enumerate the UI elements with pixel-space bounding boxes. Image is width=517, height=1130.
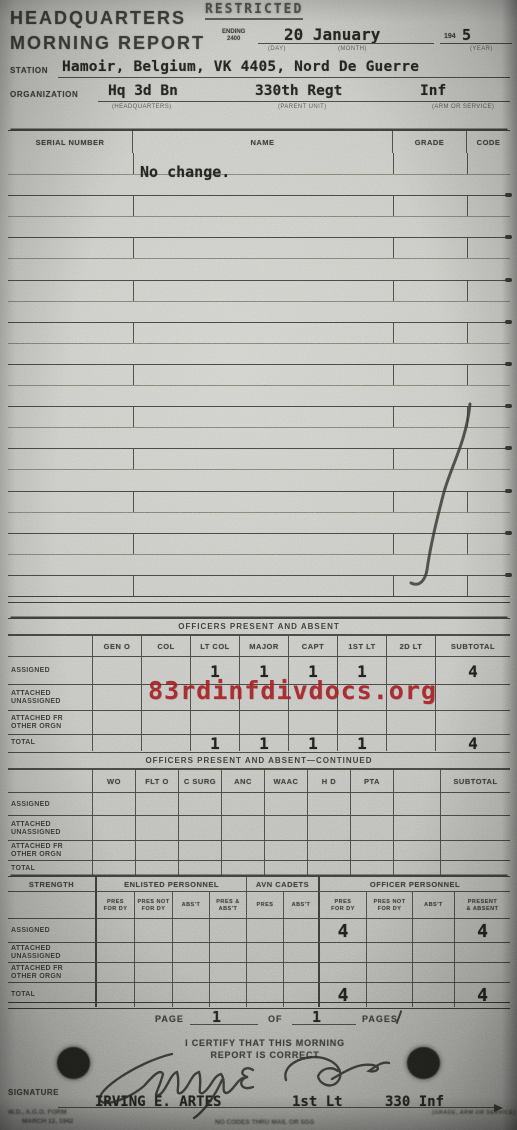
strength-col-header: PRES NOT FOR DY (367, 892, 413, 919)
roster-column-divider (467, 238, 468, 258)
organization-arm-field: Inf (420, 83, 446, 99)
roster-column-divider (393, 492, 394, 512)
continued-table-data-row: ATTACHED UNASSIGNED (8, 815, 510, 840)
continued-table-value-cell (93, 841, 136, 861)
continued-table-col-header: H D (308, 770, 351, 793)
continued-table-value-cell (441, 841, 510, 861)
officers-table-value-cell: 1 (338, 735, 387, 751)
officers-table-value-cell (240, 711, 289, 735)
roster-column-divider (393, 323, 394, 343)
strength-value-cell (135, 943, 173, 963)
strength-row-header: STRENGTH (8, 877, 97, 891)
roster-column-divider (467, 492, 468, 512)
roster-row (8, 406, 510, 427)
continued-table-value-cell (179, 816, 222, 841)
strength-col-header: ABS'T (173, 892, 210, 919)
officers-table-row-label: ATTACHED FR OTHER ORGN (8, 711, 93, 735)
strength-row-label: ATTACHED FR OTHER ORGN (8, 963, 97, 983)
continued-table-row-label: ATTACHED FR OTHER ORGN (8, 841, 93, 861)
strength-value-cell (210, 963, 247, 983)
roster-column-divider (133, 323, 134, 343)
strength-data-row: ATTACHED UNASSIGNED (8, 942, 510, 962)
strength-group-label: ENLISTED PERSONNEL (97, 877, 247, 891)
strength-value-cell (97, 963, 135, 983)
continued-table-value-cell (394, 793, 441, 816)
roster-col-header: GRADE (393, 131, 467, 153)
strength-group-header-row: STRENGTHENLISTED PERSONNELAVN CADETSOFFI… (8, 877, 510, 891)
officers-table-value-cell (338, 711, 387, 735)
officers-table-col-header: MAJOR (240, 636, 289, 657)
continued-table-col-header: SUBTOTAL (441, 770, 510, 793)
roster-column-divider (133, 492, 134, 512)
officers-table-value-cell (93, 685, 142, 711)
strength-value-cell (413, 943, 455, 963)
continued-table-value-cell (265, 861, 308, 877)
strength-col-header: PRESENT & ABSENT (455, 892, 510, 919)
continued-table-value-cell (441, 861, 510, 877)
strength-value-cell (320, 963, 367, 983)
form-id-block: W.D., A.G.O. FORM MARCH 12, 1942 (8, 1108, 73, 1126)
roster-column-divider (133, 407, 134, 427)
continued-table-value-cell (222, 861, 265, 877)
continued-table-col-header (8, 770, 93, 793)
organization-hq-field: Hq 3d Bn (108, 83, 178, 99)
continued-table-col-header: WAAC (265, 770, 308, 793)
roster-column-divider (133, 196, 134, 216)
strength-value-cell (135, 963, 173, 983)
year-field: 5 (462, 26, 471, 44)
of-label: OF (268, 1014, 283, 1024)
title-line1: HEADQUARTERS (10, 6, 205, 31)
strength-value-cell (173, 963, 210, 983)
roster-row (8, 174, 510, 195)
continued-table-data-row: ASSIGNED (8, 792, 510, 815)
strength-value-cell (413, 919, 455, 943)
parent-unit-sublabel: (PARENT UNIT) (278, 104, 327, 110)
roster-col-header: NAME (133, 131, 393, 153)
continued-table-value-cell (351, 861, 394, 877)
officers-table-row-label: TOTAL (8, 735, 93, 751)
roster-column-divider (467, 407, 468, 427)
strength-group-label: OFFICER PERSONNEL (320, 877, 510, 891)
strength-value-cell (320, 943, 367, 963)
officers-continued-table: OFFICERS PRESENT AND ABSENT—CONTINUED WO… (8, 752, 510, 876)
roster-row (8, 554, 510, 575)
roster-column-divider (393, 576, 394, 596)
officers-table-row-label: ASSIGNED (8, 657, 93, 685)
roster-row (8, 575, 510, 596)
grade-service-sublabel: (GRADE, ARM OR SERVICE) (432, 1110, 515, 1116)
continued-table-row-label: TOTAL (8, 861, 93, 877)
strength-bottom-rule (8, 1002, 510, 1009)
continued-table-value-cell (136, 841, 179, 861)
strength-col-header: ABS'T (284, 892, 320, 919)
continued-table-data-row: TOTAL (8, 860, 510, 876)
strength-value-cell (284, 943, 320, 963)
continued-table-col-header: ANC (222, 770, 265, 793)
strength-col-header: PRES (247, 892, 284, 919)
roster-column-divider (467, 365, 468, 385)
strength-group-label: AVN CADETS (247, 877, 320, 891)
station-label: STATION (10, 66, 48, 75)
strength-col-header: ABS'T (413, 892, 455, 919)
roster-column-divider (393, 449, 394, 469)
officers-table-value-cell: 1 (289, 735, 338, 751)
continued-table-col-header: PTA (351, 770, 394, 793)
continued-table-value-cell (136, 816, 179, 841)
roster-col-header: CODE (467, 131, 510, 153)
continued-table-value-cell (222, 841, 265, 861)
strength-row-label: ASSIGNED (8, 919, 97, 943)
officers-table-value-cell (436, 685, 510, 711)
roster-row (8, 301, 510, 322)
roster-column-divider (133, 281, 134, 301)
officers-continued-title: OFFICERS PRESENT AND ABSENT—CONTINUED (8, 753, 510, 769)
roster-column-divider (393, 196, 394, 216)
arm-sublabel: (ARM OR SERVICE) (432, 104, 494, 110)
roster-column-divider (467, 576, 468, 596)
continued-table-value-cell (308, 793, 351, 816)
strength-value-cell (247, 963, 284, 983)
roster-row (8, 280, 510, 301)
continued-table-value-cell (93, 861, 136, 877)
strength-value-cell (367, 963, 413, 983)
officers-table-value-cell (191, 711, 240, 735)
roster-row (8, 153, 510, 174)
roster-column-divider (133, 576, 134, 596)
punch-hole-left (57, 1047, 90, 1079)
pages-label: PAGES (362, 1014, 398, 1024)
officers-table-header-row: GEN OCOLLT COLMAJORCAPT1ST LT2D LTSUBTOT… (8, 635, 510, 656)
strength-table: STRENGTHENLISTED PERSONNELAVN CADETSOFFI… (8, 876, 510, 1006)
officers-table-col-header: SUBTOTAL (436, 636, 510, 657)
strength-value-cell (284, 963, 320, 983)
certify-line1: I CERTIFY THAT THIS MORNING (120, 1038, 410, 1050)
officers-table-col-header: LT COL (191, 636, 240, 657)
officers-table-col-header: GEN O (93, 636, 142, 657)
continued-table-value-cell (179, 793, 222, 816)
roster-column-divider (393, 281, 394, 301)
year-prefix: 194 (444, 33, 456, 40)
roster-row (8, 216, 510, 237)
strength-value-cell (97, 943, 135, 963)
page-label: PAGE (155, 1014, 184, 1024)
continued-table-value-cell (222, 793, 265, 816)
strength-col-header: PRES FOR DY (97, 892, 135, 919)
title-line2: MORNING REPORT (10, 31, 205, 56)
officers-table-value-cell: 1 (240, 735, 289, 751)
strength-value-cell (210, 943, 247, 963)
officers-table-col-header (8, 636, 93, 657)
continued-table-value-cell (441, 816, 510, 841)
roster-row (8, 343, 510, 364)
roster-row (8, 533, 510, 554)
officers-table-col-header: 2D LT (387, 636, 436, 657)
officers-table-value-cell: 4 (436, 657, 510, 685)
day-sublabel: (DAY) (268, 46, 286, 52)
officers-table-value-cell (93, 711, 142, 735)
continued-table-col-header: C SURG (179, 770, 222, 793)
continued-table-row-label: ASSIGNED (8, 793, 93, 816)
year-sublabel: (YEAR) (470, 46, 493, 52)
roster-column-divider (393, 365, 394, 385)
roster-row (8, 385, 510, 406)
roster-rows (8, 153, 510, 596)
roster-row (8, 237, 510, 258)
roster-column-divider (133, 449, 134, 469)
strength-col-header: PRES & ABS'T (210, 892, 247, 919)
hq-sublabel: (HEADQUARTERS) (112, 104, 172, 110)
officers-table-value-cell (387, 711, 436, 735)
mail-note: NO CODES THRU MAIL OR SGS (215, 1119, 314, 1126)
continued-table-value-cell (441, 793, 510, 816)
continued-table-value-cell (179, 861, 222, 877)
officers-table-data-row: ATTACHED FR OTHER ORGN (8, 710, 510, 734)
classification-banner: RESTRICTED (205, 2, 303, 20)
form-id-line2: MARCH 12, 1942 (8, 1117, 73, 1126)
strength-value-cell (413, 963, 455, 983)
ending-label: ENDING2400 (222, 29, 245, 43)
continued-table-value-cell (308, 841, 351, 861)
continued-table-value-cell (93, 816, 136, 841)
officers-table-value-cell: 1 (191, 735, 240, 751)
officers-table-title: OFFICERS PRESENT AND ABSENT (8, 619, 510, 635)
roster-bottom-rule (8, 596, 510, 603)
strength-value-cell (247, 919, 284, 943)
strength-subheader-spacer (8, 892, 97, 919)
continued-table-value-cell (351, 816, 394, 841)
strength-value-cell: 4 (455, 919, 510, 943)
roster-column-divider (393, 238, 394, 258)
roster-row (8, 322, 510, 343)
continued-table-row-label: ATTACHED UNASSIGNED (8, 816, 93, 841)
continued-table-value-cell (222, 816, 265, 841)
roster-col-header: SERIAL NUMBER (8, 131, 133, 153)
roster-column-divider (133, 365, 134, 385)
officers-table-value-cell (93, 657, 142, 685)
roster-row (8, 448, 510, 469)
continued-table-data-row: ATTACHED FR OTHER ORGN (8, 840, 510, 860)
roster-header-row: SERIAL NUMBERNAMEGRADECODE (8, 131, 510, 153)
month-sublabel: (MONTH) (338, 46, 367, 52)
page-title: HEADQUARTERS MORNING REPORT (10, 6, 205, 56)
officers-table-data-row: TOTAL11114 (8, 734, 510, 750)
roster-column-divider (393, 534, 394, 554)
strength-col-header: PRES NOT FOR DY (135, 892, 173, 919)
continued-table-value-cell (179, 841, 222, 861)
organization-label: ORGANIZATION (10, 90, 78, 99)
document-content: RESTRICTED HEADQUARTERS MORNING REPORT E… (0, 0, 517, 1130)
roster-row (8, 469, 510, 490)
continued-table-value-cell (308, 861, 351, 877)
strength-value-cell (173, 943, 210, 963)
roster-column-divider (393, 407, 394, 427)
officers-table-value-cell (387, 735, 436, 751)
officers-table-value-cell (289, 711, 338, 735)
roster-row (8, 512, 510, 533)
roster-column-divider (133, 238, 134, 258)
roster-row (8, 195, 510, 216)
continued-table-value-cell (394, 841, 441, 861)
officers-table-value-cell (93, 735, 142, 751)
roster-entry: No change. (140, 163, 230, 181)
signature-label: SIGNATURE (8, 1088, 59, 1097)
continued-table-value-cell (265, 793, 308, 816)
strength-data-row: ASSIGNED44 (8, 918, 510, 942)
officers-table-row-label: ATTACHED UNASSIGNED (8, 685, 93, 711)
roster-column-divider (467, 196, 468, 216)
roster-column-divider (133, 534, 134, 554)
strength-value-cell (455, 963, 510, 983)
strength-row-label: ATTACHED UNASSIGNED (8, 943, 97, 963)
roster-column-divider (467, 323, 468, 343)
strength-value-cell (247, 943, 284, 963)
morning-report-scan: RESTRICTED HEADQUARTERS MORNING REPORT E… (0, 0, 517, 1130)
roster-table: SERIAL NUMBERNAMEGRADECODE (8, 130, 510, 603)
strength-value-cell (455, 943, 510, 963)
strength-value-cell (135, 919, 173, 943)
roster-row (8, 364, 510, 385)
roster-column-divider (467, 281, 468, 301)
organization-unit-field: 330th Regt (255, 83, 342, 99)
roster-column-divider (393, 153, 394, 174)
continued-table-value-cell (351, 841, 394, 861)
punch-hole-right (407, 1047, 440, 1079)
continued-table-col-header: FLT O (136, 770, 179, 793)
strength-value-cell (367, 943, 413, 963)
strength-value-cell (97, 919, 135, 943)
continued-table-value-cell (136, 793, 179, 816)
strength-value-cell (210, 919, 247, 943)
strength-data-row: ATTACHED FR OTHER ORGN (8, 962, 510, 982)
strength-value-cell (173, 919, 210, 943)
watermark: 83rdinfdivdocs.org (148, 676, 437, 705)
continued-table-col-header (394, 770, 441, 793)
officers-table-value-cell: 4 (436, 735, 510, 751)
roster-column-divider (467, 449, 468, 469)
certify-line2: REPORT IS CORRECT (120, 1050, 410, 1062)
date-field: 20 January (284, 25, 380, 44)
officers-table-value-cell (142, 711, 191, 735)
officers-table-value-cell (436, 711, 510, 735)
roster-row (8, 427, 510, 448)
officers-table-value-cell (142, 735, 191, 751)
officers-table-col-header: COL (142, 636, 191, 657)
certification-text: I CERTIFY THAT THIS MORNING REPORT IS CO… (120, 1038, 410, 1061)
continued-table-value-cell (265, 816, 308, 841)
continued-table-value-cell (265, 841, 308, 861)
roster-row (8, 491, 510, 512)
strength-subheader-row: PRES FOR DYPRES NOT FOR DYABS'TPRES & AB… (8, 891, 510, 918)
officers-table-col-header: CAPT (289, 636, 338, 657)
strength-value-cell: 4 (320, 919, 367, 943)
strength-value-cell (367, 919, 413, 943)
continued-table-value-cell (93, 793, 136, 816)
strength-value-cell (284, 919, 320, 943)
roster-column-divider (467, 153, 468, 174)
roster-column-divider (467, 534, 468, 554)
continued-table-value-cell (136, 861, 179, 877)
continued-table-value-cell (351, 793, 394, 816)
strength-col-header: PRES FOR DY (320, 892, 367, 919)
station-field: Hamoir, Belgium, VK 4405, Nord De Guerre (62, 59, 419, 75)
continued-table-header-row: WOFLT OC SURGANCWAACH DPTASUBTOTAL (8, 769, 510, 792)
continued-table-value-cell (394, 861, 441, 877)
continued-table-value-cell (394, 816, 441, 841)
officers-table-col-header: 1ST LT (338, 636, 387, 657)
continued-table-value-cell (308, 816, 351, 841)
roster-row (8, 258, 510, 279)
form-id-line1: W.D., A.G.O. FORM (8, 1108, 73, 1117)
continued-table-col-header: WO (93, 770, 136, 793)
roster-column-divider (133, 153, 134, 174)
